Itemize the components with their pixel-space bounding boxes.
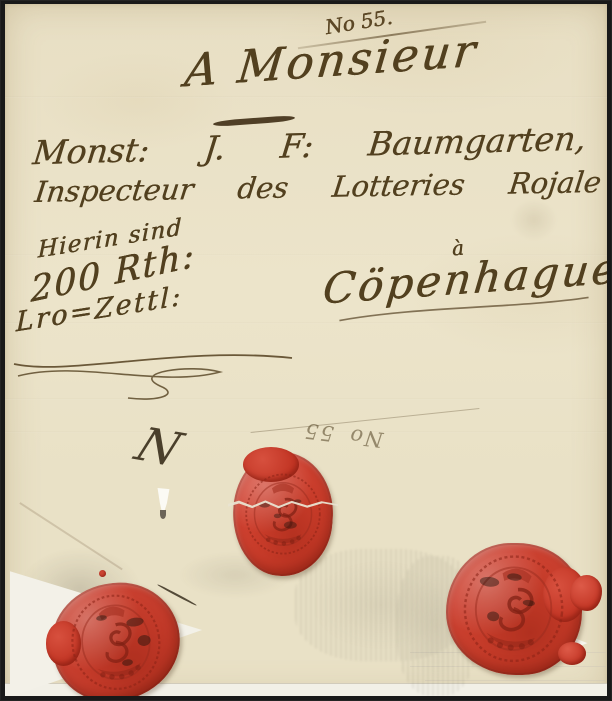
paper-tear-shadow — [160, 510, 166, 519]
recipient-line: Monst: J. F: Baumgarten, — [31, 119, 588, 173]
recipient-word: F: — [278, 126, 315, 166]
faint-postmark-smudge — [503, 192, 565, 248]
photo-frame: No 55. A Monsieur Monst: J. F: Baumgarte… — [0, 0, 612, 701]
wax-droplet — [99, 570, 106, 577]
title-word: Lotteries — [330, 167, 467, 203]
wax-seal-emblem — [50, 580, 182, 696]
ink-flourish-crossbar — [213, 115, 295, 127]
salutation-line: A Monsieur — [183, 28, 481, 94]
wax-drip — [558, 642, 586, 665]
fold-crease — [5, 96, 607, 98]
recipient-word: Baumgarten, — [366, 119, 588, 164]
wax-drip — [570, 575, 602, 611]
pen-flourish — [10, 342, 300, 407]
title-word: Inspecteur — [33, 172, 196, 209]
wax-seal-left — [52, 583, 180, 696]
recipient-word: Monst: — [31, 130, 152, 172]
wax-seal-right — [446, 543, 582, 675]
faint-number-annotation: No 55 — [302, 419, 384, 450]
wax-seal-emblem — [237, 457, 329, 571]
title-word: des — [235, 170, 290, 205]
recipient-word: J. — [202, 128, 228, 168]
letter-verso: No 55. A Monsieur Monst: J. F: Baumgarte… — [5, 4, 607, 696]
wax-seal-center — [233, 452, 333, 576]
pen-mark: N — [129, 422, 188, 474]
